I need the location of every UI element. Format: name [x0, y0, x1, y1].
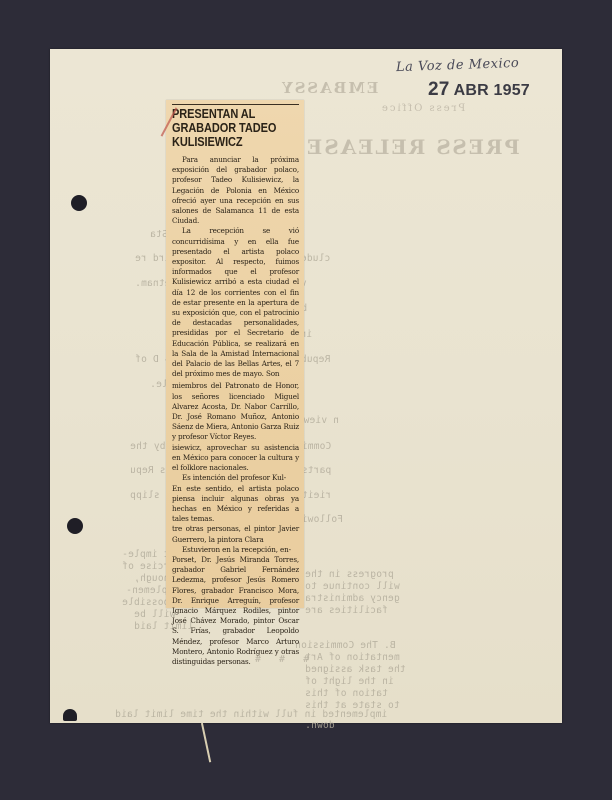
clipping-paragraph: Porset, Dr. Jesús Miranda Torres, grabad…	[172, 555, 299, 667]
typed-line: implemented in full within the time limi…	[115, 709, 387, 720]
punch-hole-top	[71, 195, 87, 211]
typed-line: will continue to	[305, 581, 400, 592]
typed-line: in the light of	[305, 676, 394, 687]
newspaper-clipping: PRESENTAN AL GRABADOR TADEO KULISIEWICZ …	[166, 100, 304, 608]
scanned-document-page: EMBASSY Press Office PRESS RELEASE On Ju…	[50, 49, 562, 723]
typed-line: gency administra	[305, 593, 400, 604]
clipping-paragraph: En este sentido, el artista polaco piens…	[172, 484, 299, 525]
press-release-title: PRESS RELEASE	[305, 135, 520, 159]
typed-line: the task assigned	[305, 664, 406, 675]
typed-line: tation of this	[305, 688, 388, 699]
typed-line: B. The Commission	[295, 640, 396, 651]
date-stamp-month-year: ABR 1957	[450, 82, 530, 99]
date-stamp: 27 ABR 1957	[428, 79, 530, 101]
typed-line: progress in the	[305, 569, 394, 580]
clipping-top-rule	[172, 104, 299, 105]
clipping-headline: PRESENTAN AL GRABADOR TADEO KULISIEWICZ	[172, 107, 304, 149]
typed-fragment: possible	[122, 597, 169, 608]
punch-hole-bottom	[63, 709, 77, 721]
clipping-paragraph: Estuvieron en la recepción, en-	[172, 545, 299, 555]
clipping-body: Para anunciar la próxima exposición del …	[172, 155, 299, 667]
typed-fragment: will be	[134, 609, 175, 620]
clipping-paragraph: Es intención del profesor Kul-	[172, 473, 299, 483]
clipping-paragraph: tre otras personas, el pintor Javier Gue…	[172, 524, 299, 544]
typed-line: down.	[305, 720, 335, 731]
embassy-header: EMBASSY	[280, 79, 378, 97]
clipping-paragraph: miembros del Patronato de Honor, los señ…	[172, 381, 299, 442]
date-stamp-day: 27	[428, 79, 450, 100]
typed-line: facilities are	[305, 605, 388, 616]
clipping-paragraph: Para anunciar la próxima exposición del …	[172, 155, 299, 226]
paper-tear	[201, 722, 217, 763]
punch-hole-middle	[67, 518, 83, 534]
press-office-subheader: Press Office	[380, 103, 465, 114]
typed-line: mentation of Art	[305, 652, 400, 663]
clipping-paragraph: isiewicz, aprovechar su asistencia en Mé…	[172, 443, 299, 474]
clipping-paragraph: La recepción se vió concurridísima y en …	[172, 226, 299, 379]
